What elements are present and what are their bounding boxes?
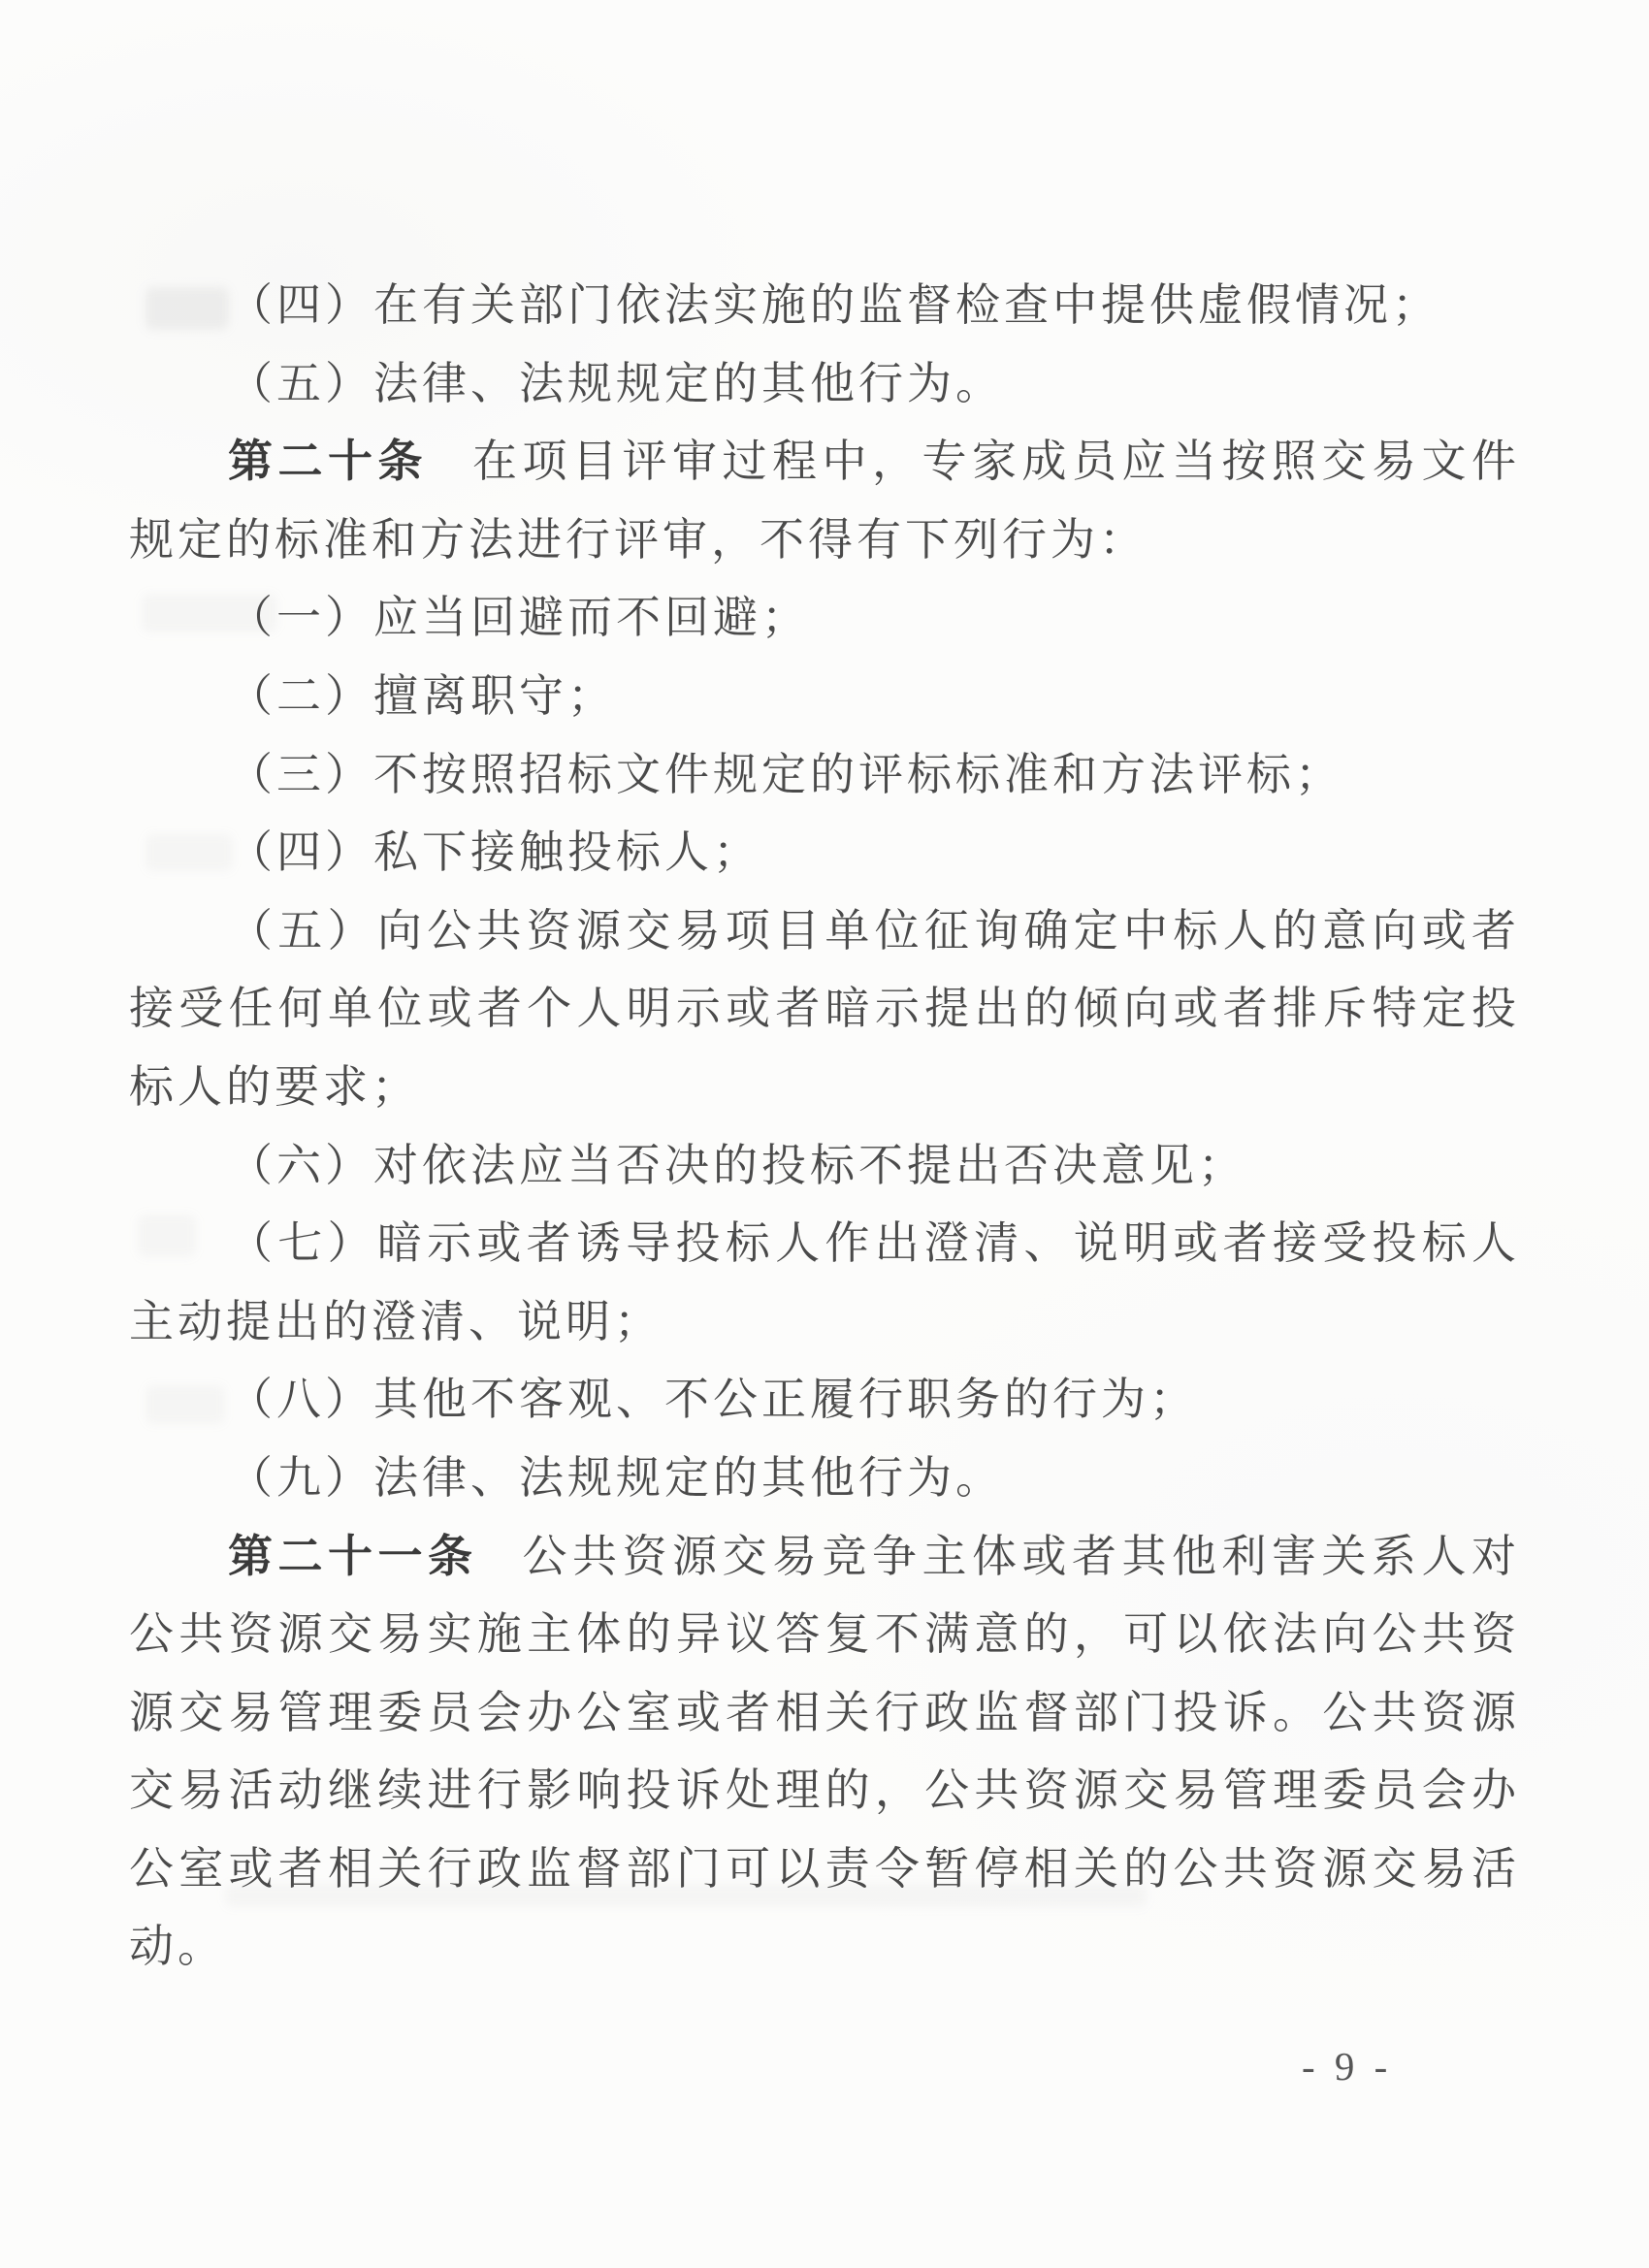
document-line: （四）在有关部门依法实施的监督检查中提供虚假情况； [129, 267, 1520, 345]
article-heading: 第二十条 [228, 437, 428, 486]
document-line: 公室或者相关行政监督部门可以责令暂停相关的公共资源交易活 [129, 1831, 1520, 1909]
line-text: 公室或者相关行政监督部门可以责令暂停相关的公共资源交易活 [129, 1844, 1520, 1894]
article-heading: 第二十一条 [228, 1532, 478, 1581]
line-text: （九）法律、法规规定的其他行为。 [228, 1453, 1004, 1503]
line-text: （一）应当回避而不回避； [228, 593, 810, 642]
line-text: 交易活动继续进行影响投诉处理的，公共资源交易管理委员会办 [129, 1766, 1520, 1815]
document-line: 标人的要求； [129, 1049, 1520, 1127]
document-line: （三）不按照招标文件规定的评标标准和方法评标； [129, 736, 1520, 815]
document-line: （五）向公共资源交易项目单位征询确定中标人的意向或者 [129, 892, 1520, 971]
document-line: （六）对依法应当否决的投标不提出否决意见； [129, 1127, 1520, 1206]
line-text: （四）在有关部门依法实施的监督检查中提供虚假情况； [228, 280, 1440, 330]
line-text: 源交易管理委员会办公室或者相关行政监督部门投诉。公共资源 [129, 1688, 1520, 1737]
document-line: （九）法律、法规规定的其他行为。 [129, 1440, 1520, 1518]
document-line: （二）擅离职守； [129, 658, 1520, 736]
document-line: 交易活动继续进行影响投诉处理的，公共资源交易管理委员会办 [129, 1752, 1520, 1831]
line-text: （五）法律、法规规定的其他行为。 [228, 359, 1004, 408]
line-text: 在项目评审过程中，专家成员应当按照交易文件 [472, 437, 1520, 486]
line-text: （七）暗示或者诱导投标人作出澄清、说明或者接受投标人 [228, 1218, 1520, 1268]
document-line: （八）其他不客观、不公正履行职务的行为； [129, 1361, 1520, 1440]
line-text: 主动提出的澄清、说明； [129, 1297, 663, 1346]
line-text: （六）对依法应当否决的投标不提出否决意见； [228, 1141, 1246, 1190]
line-text: 接受任何单位或者个人明示或者暗示提出的倾向或者排斥特定投 [129, 984, 1520, 1033]
line-text: 规定的标准和方法进行评审，不得有下列行为： [129, 515, 1148, 565]
document-line: 公共资源交易实施主体的异议答复不满意的，可以依法向公共资 [129, 1596, 1520, 1674]
document-line: （五）法律、法规规定的其他行为。 [129, 345, 1520, 424]
document-line: 规定的标准和方法进行评审，不得有下列行为： [129, 502, 1520, 580]
line-text: （八）其他不客观、不公正履行职务的行为； [228, 1375, 1198, 1424]
document-line: 源交易管理委员会办公室或者相关行政监督部门投诉。公共资源 [129, 1674, 1520, 1753]
line-text: 标人的要求； [129, 1062, 420, 1112]
document-line: 动。 [129, 1908, 1520, 1987]
document-line: 接受任何单位或者个人明示或者暗示提出的倾向或者排斥特定投 [129, 970, 1520, 1049]
document-page: （四）在有关部门依法实施的监督检查中提供虚假情况；（五）法律、法规规定的其他行为… [0, 0, 1649, 2268]
line-text: （三）不按照招标文件规定的评标标准和方法评标； [228, 750, 1343, 799]
line-text: 公共资源交易竞争主体或者其他利害关系人对 [523, 1532, 1521, 1581]
document-line: 主动提出的澄清、说明； [129, 1283, 1520, 1362]
line-text: （四）私下接触投标人； [228, 827, 761, 877]
line-text: 公共资源交易实施主体的异议答复不满意的，可以依法向公共资 [129, 1609, 1520, 1659]
line-text: 动。 [129, 1922, 226, 1971]
document-line: （四）私下接触投标人； [129, 814, 1520, 892]
document-body: （四）在有关部门依法实施的监督检查中提供虚假情况；（五）法律、法规规定的其他行为… [129, 267, 1520, 1987]
document-line: 第二十一条公共资源交易竞争主体或者其他利害关系人对 [129, 1518, 1520, 1597]
page-number: - 9 - [1302, 2043, 1392, 2090]
document-line: 第二十条在项目评审过程中，专家成员应当按照交易文件 [129, 423, 1520, 502]
document-line: （一）应当回避而不回避； [129, 579, 1520, 658]
line-text: （二）擅离职守； [228, 671, 616, 721]
line-text: （五）向公共资源交易项目单位征询确定中标人的意向或者 [228, 906, 1520, 956]
document-line: （七）暗示或者诱导投标人作出澄清、说明或者接受投标人 [129, 1205, 1520, 1283]
